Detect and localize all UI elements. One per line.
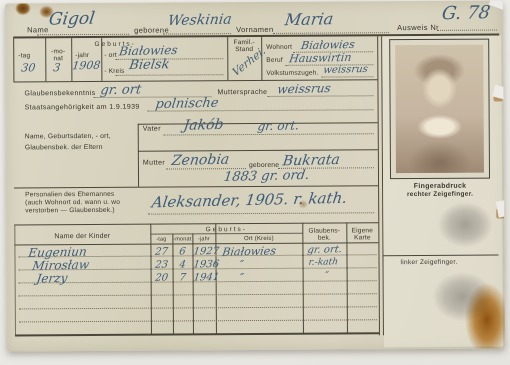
ausweis-nr-label: Ausweis Nr xyxy=(397,24,439,33)
portrait-photo xyxy=(395,45,484,174)
children-glaubensbek-header: Glaubens- bek. xyxy=(302,227,346,242)
husband-underline xyxy=(148,212,374,214)
ausweis-nr-value: G. 78 xyxy=(441,2,492,24)
mutter-label: Mutter xyxy=(143,160,165,168)
children-monat-header: -monat xyxy=(172,236,192,242)
tag-label: -tag xyxy=(18,52,30,60)
maiden-underline xyxy=(278,167,374,169)
photo-frame xyxy=(389,39,490,180)
muttersprache-value: weissrus xyxy=(276,81,331,96)
child-birth-month: 6 xyxy=(174,246,192,257)
children-row-line-6 xyxy=(19,319,377,322)
children-row-line-5 xyxy=(19,306,377,309)
staatsangehoerigkeit-label: Staatsangehörigkeit am 1.9.1939 xyxy=(25,104,140,112)
maiden-name-value: Weskinia xyxy=(167,12,233,30)
children-karte-header: Eigene Karte xyxy=(346,227,378,242)
name-value: Gigol xyxy=(48,9,96,30)
fingerprint-left-label: linker Zeigefinger. xyxy=(401,259,458,267)
torn-corner xyxy=(489,0,505,11)
child-birth-year: 1941 xyxy=(193,272,216,284)
husband-value: Aleksander, 1905. r. kath. xyxy=(151,189,349,212)
children-tag-header: -tag xyxy=(150,237,172,243)
mutter-birth-value: 1883 gr. ord. xyxy=(223,168,310,185)
glaubensbekenntnis-label: Glaubensbekenntnis xyxy=(24,90,95,98)
beruf-value: Hauswirtin xyxy=(288,51,352,65)
children-col-line-2 xyxy=(172,233,174,334)
beruf-label: Beruf xyxy=(266,57,283,65)
birth-month-value: 3 xyxy=(52,61,61,74)
child-birth-day: 27 xyxy=(152,246,172,257)
children-table-top-line xyxy=(14,222,378,225)
child-birth-year: 1927 xyxy=(193,246,216,258)
child-birth-month: 7 xyxy=(174,272,192,283)
birth-col-line-1 xyxy=(45,38,46,81)
child-birth-month: 4 xyxy=(174,259,192,270)
parents-mid-line xyxy=(138,149,378,151)
ausweis-underline xyxy=(437,30,497,31)
vornamen-value: Maria xyxy=(284,9,335,29)
parents-box-left-border xyxy=(138,124,139,187)
parents-bottom-line xyxy=(14,185,378,188)
child-birth-place-ditto: ″ xyxy=(226,258,258,272)
volkstum-value: weissrus xyxy=(323,64,369,76)
geburtsort-value: Białowies xyxy=(118,43,178,58)
vater-faith-value: gr. ort. xyxy=(257,118,300,133)
child-birth-place-ditto: ″ xyxy=(226,271,258,285)
husband-label: Personalien des Ehemannes (auch Wohnort … xyxy=(25,191,120,215)
vater-underline xyxy=(164,133,374,135)
child-faith: r.-kath xyxy=(308,257,339,268)
child-birth-day: 23 xyxy=(152,259,172,270)
child-birth-day: 20 xyxy=(152,272,172,283)
muttersprache-underline xyxy=(268,95,374,97)
vornamen-label: Vornamen xyxy=(236,26,273,34)
mutter-name-value: Zenobia xyxy=(171,152,231,169)
orange-stain xyxy=(465,282,505,351)
birth-year-value: 1908 xyxy=(71,59,101,73)
rust-stain xyxy=(15,1,31,15)
children-jahr-header: -jahr xyxy=(192,236,215,242)
vater-name-value: Jakób xyxy=(183,117,225,134)
ausweis-card: Name Gigol geborene Weskinia Vornamen Ma… xyxy=(5,0,505,351)
citizenship-underline xyxy=(148,109,374,111)
kreis-underline xyxy=(115,74,223,76)
children-row-line-4 xyxy=(19,293,377,296)
wohnort-label: Wohnort xyxy=(266,44,292,52)
right-fingerprint-smudge xyxy=(436,201,494,249)
volkstum-label: Volkstumszugeh. xyxy=(266,70,318,78)
children-name-header: Name der Kinder xyxy=(14,233,150,242)
kreis-value: Bielsk xyxy=(128,57,170,73)
parents-label: Name, Geburtsdaten, - ort, Glaubensbek. … xyxy=(25,131,111,154)
birth-box-left-border xyxy=(13,38,14,81)
fingerprint-right-label: rechter Zeigefinger. xyxy=(388,191,492,199)
child-faith: gr. ort. xyxy=(307,244,343,256)
child-birth-place: Białowies xyxy=(222,244,277,258)
child-name: Jerzy xyxy=(36,271,69,286)
child-faith-ditto: ″ xyxy=(306,270,348,282)
vater-label: Vater xyxy=(143,126,161,134)
volkstum-underline xyxy=(321,76,373,77)
small-stain xyxy=(298,200,308,209)
scan-background: Name Gigol geborene Weskinia Vornamen Ma… xyxy=(0,0,510,365)
children-table-bottom-line xyxy=(15,332,379,336)
birth-day-value: 30 xyxy=(20,61,36,74)
muttersprache-label: Muttersprache xyxy=(217,89,267,97)
rust-stain xyxy=(39,5,54,18)
child-birth-year: 1936 xyxy=(193,259,216,271)
